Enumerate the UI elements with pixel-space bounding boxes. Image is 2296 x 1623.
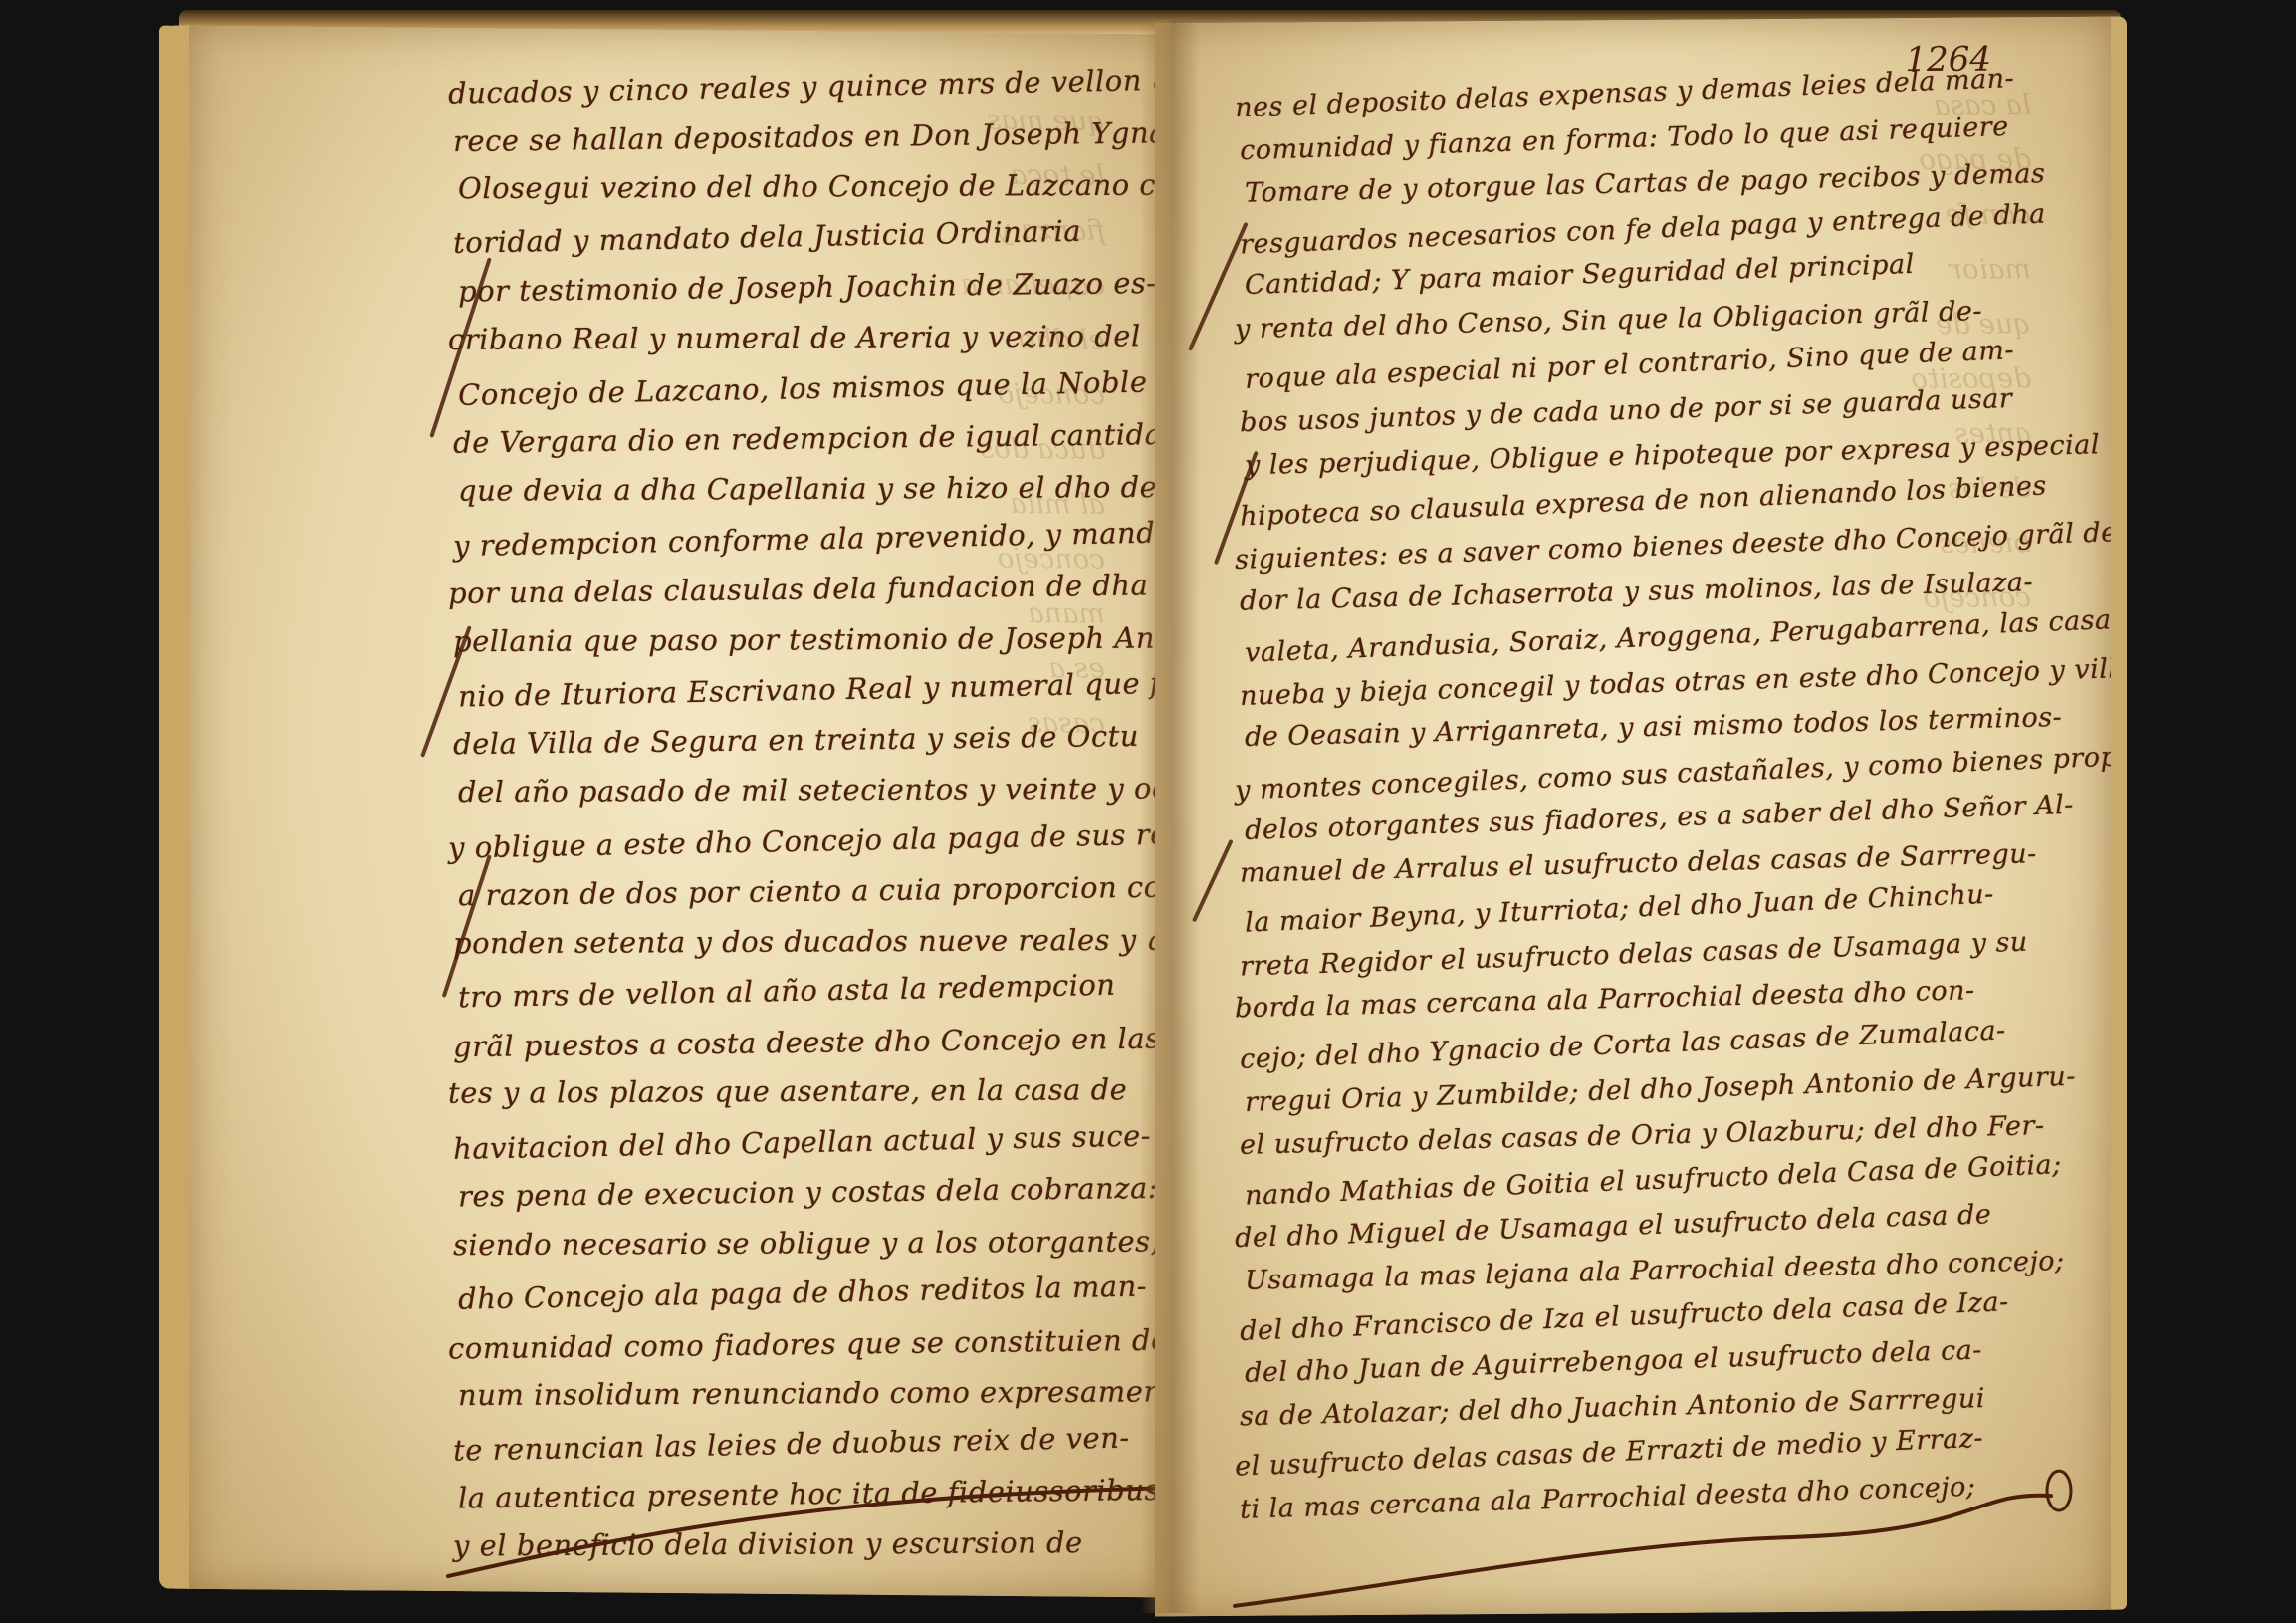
- manuscript-line: res pena de execucion y costas dela cobr…: [458, 1171, 1159, 1214]
- manuscript-line: comunidad como fiadores que se constitui…: [448, 1321, 1185, 1365]
- manuscript-line: del dho Juan de Aguirrebengoa el usufruc…: [1245, 1335, 1982, 1389]
- manuscript-line: Concejo de Lazcano, los mismos que la No…: [458, 363, 1185, 412]
- manuscript-line: ti la mas cercana ala Parrochial deesta …: [1240, 1471, 1976, 1524]
- manuscript-line: Cantidad; Y para maior Seguridad del pri…: [1245, 249, 1915, 301]
- manuscript-line: havitacion del dho Capellan actual y sus…: [453, 1118, 1152, 1165]
- manuscript-line: rreta Regidor el usufructo delas casas d…: [1240, 926, 2028, 982]
- manuscript-line: el usufructo delas casas de Errazti de m…: [1235, 1423, 1984, 1483]
- manuscript-line: del año pasado de mil setecientos y vein…: [458, 771, 1179, 809]
- manuscript-line: dela Villa de Segura en treinta y seis d…: [453, 718, 1140, 760]
- manuscript-line: num insolidum renunciando como expresame…: [458, 1374, 1173, 1412]
- manuscript-line: te renuncian las leies de duobus reix de…: [453, 1420, 1130, 1467]
- manuscript-line: ponden setenta y dos ducados nueve reale…: [453, 922, 1185, 960]
- manuscript-line: sa de Atolazar; del dho Juachin Antonio …: [1240, 1383, 1985, 1432]
- manuscript-line: que devia a dha Capellania y se hizo el …: [458, 470, 1185, 508]
- manuscript-line: Tomare de y otorgue las Cartas de pago r…: [1245, 158, 2046, 209]
- manuscript-line: la autentica presente hoc ita de fideius…: [458, 1473, 1160, 1515]
- manuscript-line: rece se hallan depositados en Don Joseph…: [453, 115, 1185, 157]
- manuscript-line: y obligue a este dho Concejo ala paga de…: [448, 816, 1185, 865]
- left-page: que mas le toca fianza y capellan a el d…: [159, 26, 1185, 1598]
- manuscript-line: bos usos juntos y de cada uno de por si …: [1240, 382, 2013, 437]
- manuscript-line: de Vergara dio en redempcion de igual ca…: [453, 416, 1182, 459]
- manuscript-line: el usufructo delas casas de Oria y Olazb…: [1240, 1110, 2045, 1161]
- manuscript-line: a razon de dos por ciento a cuia proporc…: [458, 869, 1185, 913]
- manuscript-line: por una delas clausulas dela fundacion d…: [448, 568, 1185, 610]
- manuscript-line: tes y a los plazos que asentare, en la c…: [448, 1072, 1128, 1110]
- manuscript-line: resguardos necesarios con fe dela paga y…: [1240, 198, 2046, 260]
- manuscript-line: nio de Ituriora Escrivano Real y numeral…: [458, 665, 1185, 713]
- manuscript-line: y el beneficio dela division y escursion…: [453, 1525, 1083, 1562]
- manuscript-line: toridad y mandato dela Justicia Ordinari…: [453, 213, 1082, 259]
- manuscript-line: la maior Beyna, y Iturriota; del dho Jua…: [1245, 879, 1995, 939]
- manuscript-line: siendo necesario se obligue y a los otor…: [453, 1224, 1185, 1262]
- manuscript-line: ducados y cinco reales y quince mrs de v…: [448, 62, 1185, 111]
- manuscript-line: pellania que paso por testimonio de Jose…: [453, 620, 1185, 658]
- manuscript-line: comunidad y fianza en forma: Todo lo que…: [1240, 111, 2009, 165]
- manuscript-line: grãl puestos a costa deeste dho Concejo …: [453, 1020, 1185, 1063]
- manuscript-line: por testimonio de Joseph Joachin de Zuaz…: [458, 266, 1157, 309]
- manuscript-line: de Oeasain y Arriganreta, y asi mismo to…: [1245, 702, 2063, 753]
- manuscript-line: tro mrs de vellon al año asta la redempc…: [458, 968, 1116, 1015]
- pen-flourish: [1192, 839, 1234, 922]
- manuscript-line: y renta del dho Censo, Sin que la Obliga…: [1235, 296, 1982, 345]
- manuscript-line: dor la Casa de Ichaserrota y sus molinos…: [1240, 567, 2034, 616]
- manuscript-line: cejo; del dho Ygnacio de Corta las casas…: [1240, 1015, 2006, 1075]
- manuscript-line: borda la mas cercana ala Parrochial dees…: [1235, 975, 1975, 1024]
- manuscript-line: Olosegui vezino del dho Concejo de Lazca…: [458, 167, 1185, 205]
- manuscript-line: dho Concejo ala paga de dhos reditos la …: [458, 1270, 1148, 1316]
- manuscript-line: cribano Real y numeral de Areria y vezin…: [448, 319, 1141, 356]
- open-book: que mas le toca fianza y capellan a el d…: [159, 10, 2141, 1613]
- right-page: la casa de pago con fe maior que de depo…: [1155, 17, 2127, 1617]
- manuscript-line: y redempcion conforme ala prevenido, y m…: [453, 515, 1174, 563]
